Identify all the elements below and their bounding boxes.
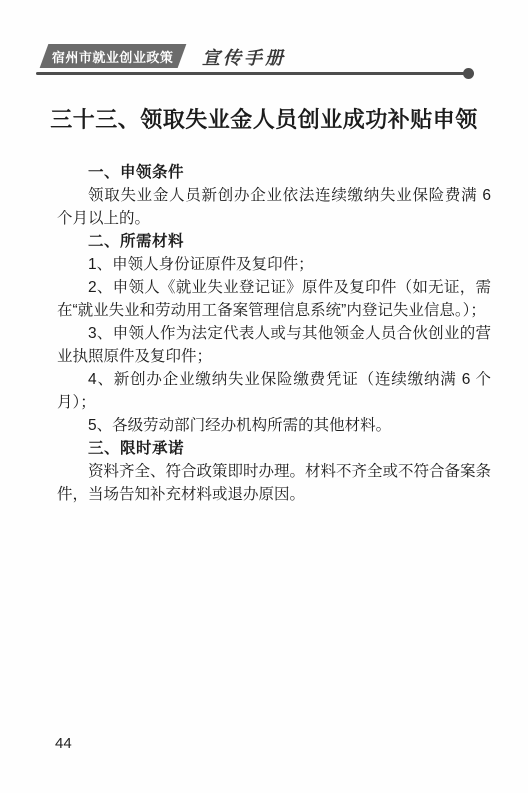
policy-badge-label: 宿州市就业创业政策 xyxy=(52,47,174,66)
page-number: 44 xyxy=(55,735,72,752)
policy-badge: 宿州市就业创业政策 xyxy=(40,44,187,68)
page-header: 宿州市就业创业政策 宣传手册 xyxy=(0,0,528,90)
paragraph: 5、各级劳动部门经办机构所需的其他材料。 xyxy=(57,414,491,437)
handbook-title: 宣传手册 xyxy=(202,44,286,70)
paragraph: 2、申领人《就业失业登记证》原件及复印件（如无证，需在“就业失业和劳动用工备案管… xyxy=(57,276,491,322)
section-heading: 一、申领条件 xyxy=(57,161,491,184)
paragraph: 3、申领人作为法定代表人或与其他领金人员合伙创业的营业执照原件及复印件； xyxy=(57,322,491,368)
page-title: 三十三、领取失业金人员创业成功补贴申领 xyxy=(0,103,528,134)
paragraph: 资料齐全、符合政策即时办理。材料不齐全或不符合备案条件，当场告知补充材料或退办原… xyxy=(57,460,491,506)
paragraph: 4、新创办企业缴纳失业保险缴费凭证（连续缴纳满 6 个月）； xyxy=(57,368,491,414)
section-heading: 二、所需材料 xyxy=(57,230,491,253)
paragraph: 1、申领人身份证原件及复印件； xyxy=(57,253,491,276)
handbook-page: 宿州市就业创业政策 宣传手册 三十三、领取失业金人员创业成功补贴申领 一、申领条… xyxy=(0,0,528,793)
section-heading: 三、限时承诺 xyxy=(57,437,491,460)
header-rule-dot xyxy=(463,68,474,79)
document-body: 一、申领条件领取失业金人员新创办企业依法连续缴纳失业保险费满 6 个月以上的。二… xyxy=(57,161,491,506)
paragraph: 领取失业金人员新创办企业依法连续缴纳失业保险费满 6 个月以上的。 xyxy=(57,184,491,230)
header-rule xyxy=(36,72,466,75)
